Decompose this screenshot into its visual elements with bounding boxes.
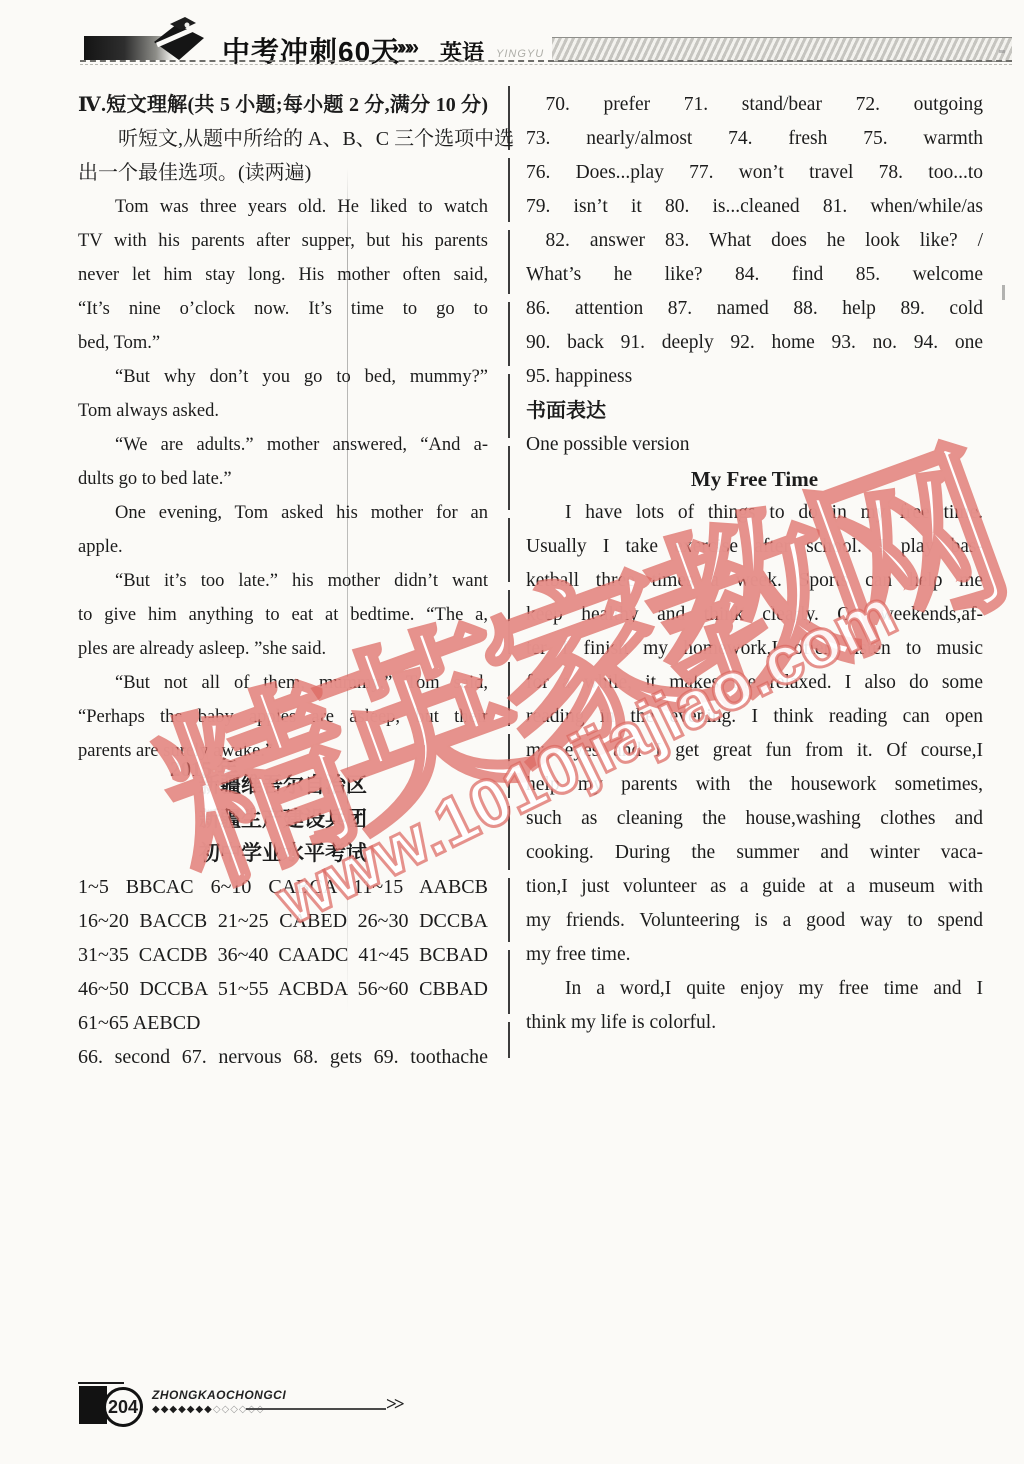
- text-line: keep healthy and think clearly. On weeke…: [526, 598, 983, 632]
- header-rule-2: [80, 64, 1012, 65]
- text-line: to give him anything to eat at bedtime. …: [78, 598, 488, 632]
- text-line: 46~50 DCCBA 51~55 ACBDA 56~60 CBBAD: [78, 972, 488, 1006]
- text-line: ples are already asleep. ”she said.: [78, 632, 488, 666]
- text-line: 95. happiness: [526, 360, 983, 394]
- text-line: such as cleaning the house,washing cloth…: [526, 802, 983, 836]
- text-line: 86. attention 87. named 88. help 89. col…: [526, 292, 983, 326]
- exam-corps-text: 新疆生产建设兵团: [199, 807, 367, 831]
- footer-arrow-line: [246, 1408, 386, 1410]
- text-line: 1~5 BBCAC 6~10 CABCA 11~15 AABCB: [78, 870, 488, 904]
- text-line: Tom was three years old. He liked to wat…: [78, 190, 488, 224]
- exam-name-line: 初中学业水平考试: [78, 836, 488, 870]
- listening-section: Ⅳ.短文理解(共 5 小题;每小题 2 分,满分 10 分)听短文,从题中所给的…: [78, 88, 488, 768]
- exam-region-line: 新疆维吾尔自治区: [78, 768, 488, 802]
- footer-arrow-icon: >>: [386, 1394, 402, 1416]
- text-line: reading in the evening. I think reading …: [526, 700, 983, 734]
- text-line: ter I finish my homework,I often listen …: [526, 632, 983, 666]
- text-line: 听短文,从题中所给的 A、B、C 三个选项中选: [78, 122, 488, 156]
- text-line: “But why don’t you go to bed, mummy?”: [78, 360, 488, 394]
- text-line: for a while, it makes me relaxed. I also…: [526, 666, 983, 700]
- text-line: 66. second 67. nervous 68. gets 69. toot…: [78, 1040, 488, 1074]
- text-line: My Free Time: [526, 462, 983, 496]
- text-line: ketball three times a week. Sports can h…: [526, 564, 983, 598]
- text-line: think my life is colorful.: [526, 1006, 983, 1040]
- text-line: Usually I take exercise after school. I …: [526, 530, 983, 564]
- text-line: What’s he like? 84. find 85. welcome: [526, 258, 983, 292]
- text-line: dults go to bed late.”: [78, 462, 488, 496]
- column-divider: [508, 86, 510, 1058]
- text-line: “But it’s too late.” his mother didn’t w…: [78, 564, 488, 598]
- text-line: “It’s nine o’clock now. It’s time to go …: [78, 292, 488, 326]
- text-line: Tom always asked.: [78, 394, 488, 428]
- scan-artifact: [999, 50, 1005, 53]
- text-line: 出一个最佳选项。(读两遍): [78, 156, 488, 190]
- right-column: 70. prefer 71. stand/bear 72. outgoing73…: [526, 88, 983, 1040]
- hatched-band: [552, 37, 1012, 62]
- text-line: my friends. Volunteering is a good way t…: [526, 904, 983, 938]
- subject-pinyin: YINGYU: [496, 48, 544, 60]
- text-line: parents are surely awake.”: [78, 734, 488, 768]
- text-line: bed, Tom.”: [78, 326, 488, 360]
- text-line: 16~20 BACCB 21~25 CABED 26~30 DCCBA: [78, 904, 488, 938]
- text-line: TV with his parents after supper, but hi…: [78, 224, 488, 258]
- text-line: In a word,I quite enjoy my free time and…: [526, 972, 983, 1006]
- text-line: 82. answer 83. What does he look like? /: [526, 224, 983, 258]
- exam-title-block: 新疆维吾尔自治区 2015 年 新疆生产建设兵团 初中学业水平考试: [78, 768, 488, 870]
- text-line: 76. Does...play 77. won’t travel 78. too…: [526, 156, 983, 190]
- text-line: One possible version: [526, 428, 983, 462]
- answers-and-essay: 70. prefer 71. stand/bear 72. outgoing73…: [526, 88, 983, 1040]
- text-line: One evening, Tom asked his mother for an: [78, 496, 488, 530]
- text-line: “But not all of them, mummy.” Tom said,: [78, 666, 488, 700]
- text-line: 79. isn’t it 80. is...cleaned 81. when/w…: [526, 190, 983, 224]
- text-line: my free time.: [526, 938, 983, 972]
- text-line: “We are adults.” mother answered, “And a…: [78, 428, 488, 462]
- text-line: cooking. During the summer and winter va…: [526, 836, 983, 870]
- text-line: 61~65 AEBCD: [78, 1006, 488, 1040]
- exam-year: 2015 年: [170, 752, 238, 786]
- footer-series-name: ZHONGKAOCHONGCI: [152, 1388, 286, 1402]
- text-line: 73. nearly/almost 74. fresh 75. warmth: [526, 122, 983, 156]
- header-rule: [80, 60, 1012, 62]
- text-line: Ⅳ.短文理解(共 5 小题;每小题 2 分,满分 10 分): [78, 88, 488, 122]
- text-line: 90. back 91. deeply 92. home 93. no. 94.…: [526, 326, 983, 360]
- page-number-badge: 204: [103, 1387, 143, 1427]
- text-line: 书面表达: [526, 394, 983, 428]
- text-line: 70. prefer 71. stand/bear 72. outgoing: [526, 88, 983, 122]
- text-line: tion,I just volunteer as a guide at a mu…: [526, 870, 983, 904]
- text-line: “Perhaps the baby apples are asleep, but…: [78, 700, 488, 734]
- chevrons-icon: »»»: [392, 36, 415, 60]
- left-column: Ⅳ.短文理解(共 5 小题;每小题 2 分,满分 10 分)听短文,从题中所给的…: [78, 88, 488, 1074]
- brand-logo-icon: [150, 14, 208, 62]
- footer-rule: [78, 1382, 124, 1384]
- subject-label: 英语: [440, 36, 484, 67]
- text-line: never let him stay long. His mother ofte…: [78, 258, 488, 292]
- text-line: apple.: [78, 530, 488, 564]
- page-header: 中考冲刺60天 »»» 英语 YINGYU: [0, 0, 1024, 70]
- scan-artifact: [1002, 285, 1005, 300]
- scanned-book-page: 中考冲刺60天 »»» 英语 YINGYU Ⅳ.短文理解(共 5 小题;每小题 …: [0, 0, 1024, 1464]
- answer-key: 1~5 BBCAC 6~10 CABCA 11~15 AABCB16~20 BA…: [78, 870, 488, 1074]
- diamonds-filled: ◆◆◆◆◆◆◆: [152, 1404, 213, 1415]
- text-line: my eyes and I get great fun from it. Of …: [526, 734, 983, 768]
- text-line: I have lots of things to do in my free t…: [526, 496, 983, 530]
- text-line: help my parents with the housework somet…: [526, 768, 983, 802]
- text-line: 31~35 CACDB 36~40 CAADC 41~45 BCBAD: [78, 938, 488, 972]
- exam-corps-line: 2015 年 新疆生产建设兵团: [78, 802, 488, 836]
